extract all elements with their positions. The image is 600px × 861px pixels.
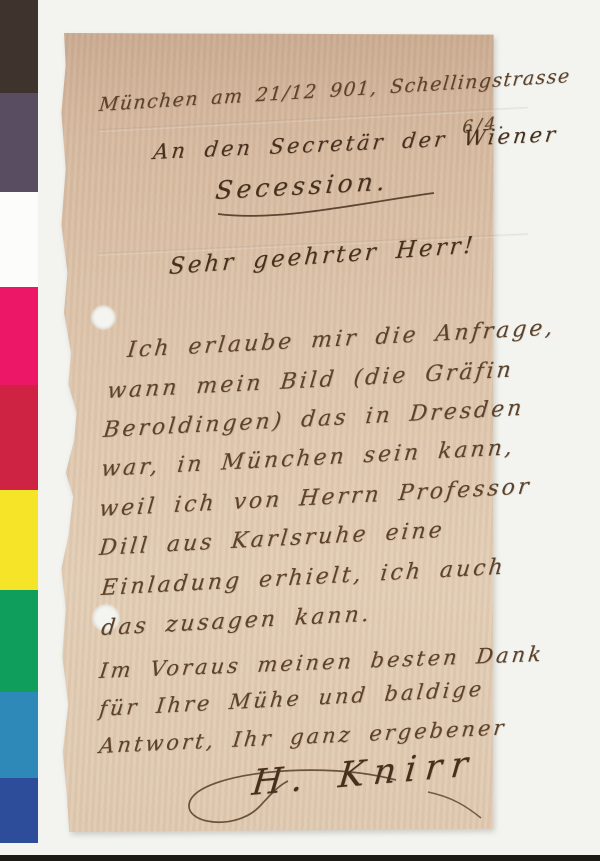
calibration-band-red — [0, 385, 38, 490]
calibration-band-white — [0, 192, 38, 287]
calibration-band-cerulean-blue — [0, 692, 38, 778]
calibration-band-yellow — [0, 490, 38, 590]
punch-hole — [92, 306, 115, 329]
color-calibration-bar — [0, 0, 38, 843]
calibration-band-dark-purple — [0, 93, 38, 192]
calibration-band-dark-blue — [0, 778, 38, 843]
calibration-band-black-brown — [0, 0, 38, 93]
calibration-band-magenta — [0, 287, 38, 385]
calibration-band-green — [0, 590, 38, 692]
scan-bottom-strip — [0, 855, 600, 861]
